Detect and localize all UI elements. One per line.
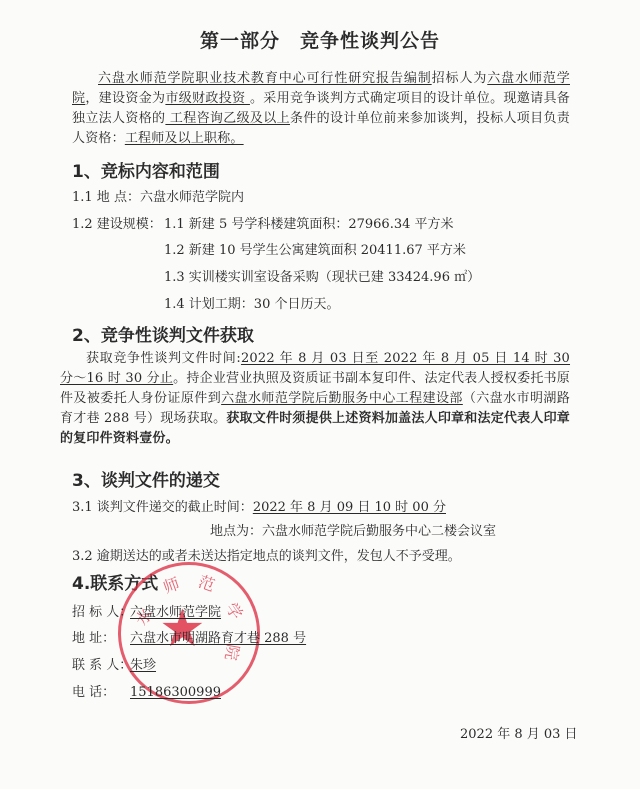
project-name: 六盘水师范学院职业技术教育中心可行性研究报告编制 [98,71,432,86]
manager-qualification: 工程师及以上职称。 [125,131,244,146]
scale-label: 1.2 建设规模： [72,213,162,232]
acquisition-place: 六盘水师范学院后勤服务中心工程建设部 [221,391,463,406]
qualification: 工程咨询乙级及以上 [165,111,290,126]
contact-row: 联 系 人：朱珍 [72,654,156,673]
location: 1.1 地 点：六盘水师范学院内 [72,186,244,205]
submission-place: 地点为：六盘水师范学院后勤服务中心二楼会议室 [210,520,496,539]
contact-row: 电 话：15186300999 [72,681,221,700]
scale-item: 1.1 新建 5 号学科楼建筑面积：27966.34 平方米 [164,213,454,232]
section2-paragraph: 获取竞争性谈判文件时间:2022 年 8 月 03 日至 2022 年 8 月 … [60,349,570,449]
issue-date: 2022 年 8 月 03 日 [460,723,578,742]
scale-item: 1.3 实训楼实训室设备采购（现状已建 33424.96 ㎡） [164,266,480,285]
late-rule: 3.2 逾期送达的或者未送达指定地点的谈判文件，发包人不予受理。 [72,545,461,564]
section1-heading: 1、竞标内容和范围 [72,157,220,182]
section3-heading: 3、谈判文件的递交 [72,466,220,491]
page-title: 第一部分竞争性谈判公告 [0,26,640,53]
scale-item: 1.4 计划工期：30 个日历天。 [164,293,339,312]
section2-heading: 2、竞争性谈判文件获取 [72,321,254,346]
contact-row: 招 标 人：六盘水师范学院 [72,601,221,620]
contact-row: 地 址：六盘水市明湖路育才巷 288 号 [72,627,306,646]
scale-item: 1.2 新建 10 号学生公寓建筑面积 20411.67 平方米 [164,239,466,258]
deadline-line: 3.1 谈判文件递交的截止时间：2022 年 8 月 09 日 10 时 00 … [72,496,446,515]
funding: 市级财政投资 [165,91,250,106]
intro-paragraph: 六盘水师范学院职业技术教育中心可行性研究报告编制招标人为六盘水师范学院，建设资金… [72,69,570,149]
